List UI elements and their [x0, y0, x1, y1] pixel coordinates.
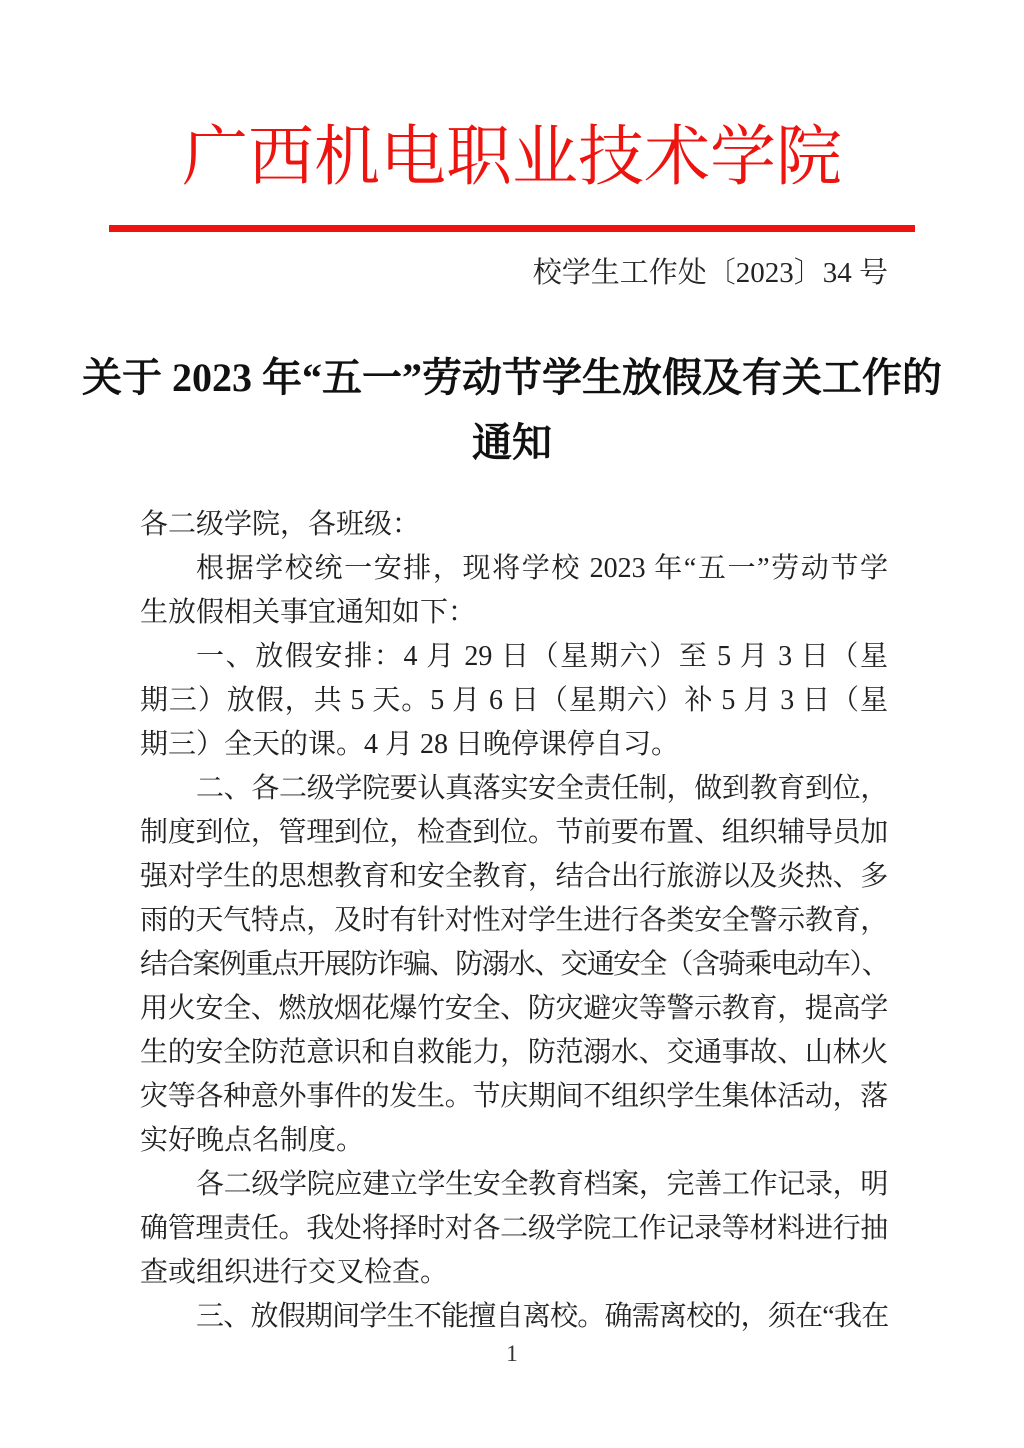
body-line: 三、放假期间学生不能擅自离校。确需离校的，须在“我在 — [140, 1295, 888, 1339]
body-line: 生放假相关事宜通知如下： — [140, 591, 888, 635]
institution-name: 广西机电职业技术学院 — [0, 0, 1024, 194]
body-line: 强对学生的思想教育和安全教育，结合出行旅游以及炎热、多 — [140, 855, 888, 899]
body-line: 灾等各种意外事件的发生。节庆期间不组织学生集体活动，落 — [140, 1075, 888, 1119]
notice-title-line-1: 关于 2023 年“五一”劳动节学生放假及有关工作的 — [82, 355, 942, 400]
document-number: 校学生工作处〔2023〕34 号 — [0, 258, 888, 288]
document-body: 各二级学院，各班级：根据学校统一安排，现将学校 2023 年“五一”劳动节学生放… — [140, 503, 888, 1339]
body-line: 制度到位，管理到位，检查到位。节前要布置、组织辅导员加 — [140, 811, 888, 855]
body-line: 结合案例重点开展防诈骗、防溺水、交通安全（含骑乘电动车）、 — [140, 943, 888, 987]
body-line: 期三）全天的课。4 月 28 日晚停课停自习。 — [140, 723, 888, 767]
body-line: 查或组织进行交叉检查。 — [140, 1251, 888, 1295]
body-line: 各二级学院，各班级： — [140, 503, 888, 547]
body-line: 期三）放假，共 5 天。5 月 6 日（星期六）补 5 月 3 日（星 — [140, 679, 888, 723]
document-page: 广西机电职业技术学院 校学生工作处〔2023〕34 号 关于 2023 年“五一… — [0, 0, 1024, 1448]
body-line: 实好晚点名制度。 — [140, 1119, 888, 1163]
body-line: 根据学校统一安排，现将学校 2023 年“五一”劳动节学 — [140, 547, 888, 591]
body-line: 一、放假安排：4 月 29 日（星期六）至 5 月 3 日（星 — [140, 635, 888, 679]
body-line: 二、各二级学院要认真落实安全责任制，做到教育到位， — [140, 767, 888, 811]
body-line: 用火安全、燃放烟花爆竹安全、防灾避灾等警示教育，提高学 — [140, 987, 888, 1031]
body-line: 雨的天气特点，及时有针对性对学生进行各类安全警示教育， — [140, 899, 888, 943]
body-line: 确管理责任。我处将择时对各二级学院工作记录等材料进行抽 — [140, 1207, 888, 1251]
notice-title-line-2: 通知 — [472, 420, 552, 465]
red-divider-line — [109, 225, 915, 232]
notice-title: 关于 2023 年“五一”劳动节学生放假及有关工作的 通知 — [60, 345, 964, 475]
body-line: 各二级学院应建立学生安全教育档案，完善工作记录，明 — [140, 1163, 888, 1207]
body-line: 生的安全防范意识和自救能力，防范溺水、交通事故、山林火 — [140, 1031, 888, 1075]
page-number: 1 — [0, 1341, 1024, 1367]
